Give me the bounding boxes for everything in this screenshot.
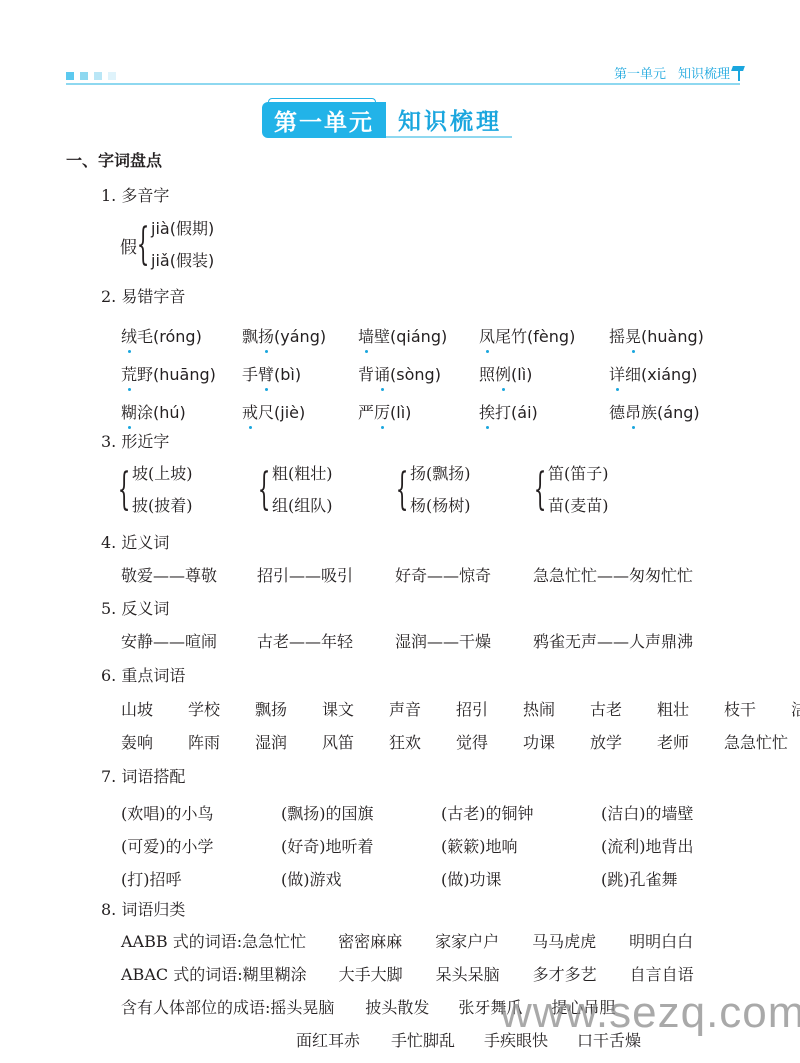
collocation-item: (可爱)的小学 [121,834,281,857]
similar-chars-grid: { 坡(上坡)披(披着) { 粗(粗壮)组(组队) { 扬(飘扬)杨(杨树) {… [118,458,609,522]
key-word: 洁白 [791,697,800,720]
pronunciation-item: 绒毛(róng) [121,324,242,347]
header-rule [66,83,740,85]
classified-word: 面红耳赤 [296,1028,391,1051]
similar-chars-group: { 坡(上坡)披(披着) [118,458,258,522]
antonym-pair: 湿润——干燥 [395,629,533,652]
page-title-label: 知识梳理 [386,102,512,138]
page-title-banner: 第一单元 知识梳理 [262,102,512,138]
reading-1: jià(假期) [151,213,214,245]
word-char: 诵 [374,362,390,385]
word-char: 晃 [625,324,641,347]
antonym-pair: 安静——喧闹 [121,629,257,652]
similar-char-item: 粗(粗壮) [272,458,333,490]
abac-row: ABAC 式的词语: 糊里糊涂大手大脚呆头呆脑多才多艺自言自语 [121,962,727,985]
similar-chars-group: { 笛(笛子)苗(麦苗) [534,458,609,522]
word-char: 绒 [121,324,137,347]
running-header: 第一单元 知识梳理 [614,63,744,82]
pronunciation-item: 糊涂(hú) [121,400,242,423]
pronunciation-item: 荒野(huāng) [121,362,242,385]
subsection-title-polyphones: 1. 多音字 [101,183,169,206]
aabb-label: AABB 式的词语: [121,929,242,952]
pronunciation-row: 糊涂(hú)戒尺(jiè)严厉(lì)挨打(ái)德昂族(áng) [121,392,729,430]
key-word: 飘扬 [255,697,322,720]
classified-word: 密密麻麻 [338,929,435,952]
pinyin: (róng) [153,327,202,346]
antonym-pair: 鸦雀无声——人声鼎沸 [533,629,693,652]
word-char: 厉 [374,400,390,423]
classified-word: 手忙脚乱 [391,1028,484,1051]
key-word: 放学 [590,730,657,753]
key-word: 山坡 [121,697,188,720]
pinyin: (ái) [511,403,538,422]
word-char: 手 [242,362,258,385]
synonyms-row: 敬爱——尊敬 招引——吸引 好奇——惊奇 急急忙忙——匆匆忙忙 [121,563,693,586]
collocation-item: (做)游戏 [281,867,441,890]
pinyin: (sòng) [390,365,441,384]
classified-word: 多才多艺 [533,962,630,985]
key-word: 热闹 [523,697,590,720]
square-4 [108,72,116,80]
reading-2: jiǎ(假装) [151,245,214,277]
pronunciation-item: 详细(xiáng) [609,362,729,385]
word-char: 竹 [511,324,527,347]
similar-char-item: 扬(飘扬) [410,458,471,490]
key-word: 风笛 [322,730,389,753]
collocations-grid: (欢唱)的小鸟(飘扬)的国旗(古老)的铜钟(洁白)的墙壁(可爱)的小学(好奇)地… [121,796,761,895]
collocation-row: (欢唱)的小鸟(飘扬)的国旗(古老)的铜钟(洁白)的墙壁 [121,796,761,829]
pronunciation-item: 背诵(sòng) [358,362,479,385]
key-word: 急急忙忙 [724,730,791,753]
subsection-title-antonyms: 5. 反义词 [101,596,169,619]
synonym-pair: 好奇——惊奇 [395,563,533,586]
pinyin: (áng) [657,403,700,422]
subsection-title-pronunciation: 2. 易错字音 [101,284,185,307]
word-char: 严 [358,400,374,423]
word-char: 详 [609,362,625,385]
collocation-item: (流利)地背出 [601,834,761,857]
word-char: 扬 [258,324,274,347]
word-char: 墙 [358,324,374,347]
word-char: 臂 [258,362,274,385]
classified-word: 明明白白 [629,929,726,952]
abac-label: ABAC 式的词语: [121,962,243,985]
word-char: 尺 [258,400,274,423]
classified-word: 家家户户 [435,929,532,952]
similar-char-item: 笛(笛子) [548,458,609,490]
pronunciation-item: 戒尺(jiè) [242,400,358,423]
word-char: 糊 [121,400,137,423]
running-header-unit: 第一单元 [614,63,666,82]
pinyin: (xiáng) [641,365,698,384]
pronunciation-item: 挨打(ái) [479,400,609,423]
pinyin: (jiè) [274,403,305,422]
key-word: 阵雨 [188,730,255,753]
section-heading: 一、字词盘点 [66,148,162,171]
word-char: 挨 [479,400,495,423]
pinyin: (lì) [390,403,411,422]
polyphone-char: 假 [120,233,137,258]
classified-word: 马马虎虎 [532,929,629,952]
similar-chars-group: { 扬(飘扬)杨(杨树) [396,458,534,522]
word-char: 照 [479,362,495,385]
key-word: 觉得 [456,730,523,753]
word-char: 壁 [374,324,390,347]
classified-word: 自言自语 [630,962,727,985]
subsection-title-key-words: 6. 重点词语 [101,663,185,686]
subsection-title-similar-chars: 3. 形近字 [101,429,169,452]
collocation-item: (洁白)的墙壁 [601,801,761,824]
collocation-item: (古老)的铜钟 [441,801,601,824]
watermark: www.sezq.com [500,988,800,1038]
word-char: 打 [495,400,511,423]
pinyin: (bì) [274,365,301,384]
page-title-unit: 第一单元 [262,102,386,138]
word-char: 荒 [121,362,137,385]
pronunciation-grid: 绒毛(róng)飘扬(yáng)墙壁(qiáng)凤尾竹(fèng)摇晃(huà… [121,316,729,430]
pronunciation-item: 手臂(bì) [242,362,358,385]
pinyin: (huàng) [641,327,704,346]
polyphone-group: 假 { jià(假期) jiǎ(假装) [120,213,214,277]
key-word: 狂欢 [389,730,456,753]
collocation-item: (欢唱)的小鸟 [121,801,281,824]
collocation-item: (打)招呼 [121,867,281,890]
key-word: 粗壮 [657,697,724,720]
collocation-row: (可爱)的小学(好奇)地听着(簌簌)地响(流利)地背出 [121,829,761,862]
pronunciation-item: 飘扬(yáng) [242,324,358,347]
classified-word: 摇头晃脑 [270,995,365,1018]
pinyin: (huāng) [153,365,216,384]
antonym-pair: 古老——年轻 [257,629,395,652]
classified-word: 披头散发 [365,995,458,1018]
key-word: 轰响 [121,730,188,753]
word-char: 飘 [242,324,258,347]
aabb-row: AABB 式的词语: 急急忙忙密密麻麻家家户户马马虎虎明明白白 [121,929,726,952]
word-char: 背 [358,362,374,385]
running-header-label: 知识梳理 [678,63,730,82]
subsection-title-collocations: 7. 词语搭配 [101,764,185,787]
similar-char-item: 组(组队) [272,490,333,522]
pronunciation-item: 摇晃(huàng) [609,324,729,347]
subsection-title-synonyms: 4. 近义词 [101,530,169,553]
word-char: 昂 [625,400,641,423]
brace-icon: { [534,468,547,512]
subsection-title-classification: 8. 词语归类 [101,897,185,920]
header-decoration-squares [66,72,116,80]
synonym-pair: 急急忙忙——匆匆忙忙 [533,563,693,586]
collocation-item: (跳)孔雀舞 [601,867,761,890]
similar-char-item: 苗(麦苗) [548,490,609,522]
pronunciation-item: 凤尾竹(fèng) [479,324,609,347]
word-char: 摇 [609,324,625,347]
pinyin: (fèng) [527,327,575,346]
brace-icon: { [137,223,150,267]
pinyin: (lì) [511,365,532,384]
classified-word: 呆头呆脑 [436,962,533,985]
brace-icon: { [118,468,131,512]
square-1 [66,72,74,80]
pronunciation-item: 德昂族(áng) [609,400,729,423]
pronunciation-item: 照例(lì) [479,362,609,385]
pinyin: (qiáng) [390,327,447,346]
pronunciation-item: 严厉(lì) [358,400,479,423]
key-word: 老师 [657,730,724,753]
collocation-item: (簌簌)地响 [441,834,601,857]
key-word: 课文 [322,697,389,720]
classified-word: 急急忙忙 [242,929,338,952]
classified-word: 糊里糊涂 [243,962,339,985]
word-char: 涂 [137,400,153,423]
key-word: 古老 [590,697,657,720]
key-words-row-2: 轰响阵雨湿润风笛狂欢觉得功课放学老师急急忙忙 [121,730,791,753]
antonyms-row: 安静——喧闹 古老——年轻 湿润——干燥 鸦雀无声——人声鼎沸 [121,629,693,652]
word-char: 毛 [137,324,153,347]
key-word: 枝干 [724,697,791,720]
pronunciation-row: 荒野(huāng)手臂(bì)背诵(sòng)照例(lì)详细(xiáng) [121,354,729,392]
word-char: 野 [137,362,153,385]
key-words-row-1: 山坡学校飘扬课文声音招引热闹古老粗壮枝干洁白 [121,697,800,720]
pinyin: (hú) [153,403,186,422]
word-char: 凤 [479,324,495,347]
similar-char-item: 坡(上坡) [132,458,193,490]
collocation-item: (飘扬)的国旗 [281,801,441,824]
key-word: 招引 [456,697,523,720]
word-char: 德 [609,400,625,423]
word-char: 族 [641,400,657,423]
collocation-row: (打)招呼(做)游戏(做)功课(跳)孔雀舞 [121,862,761,895]
similar-char-item: 杨(杨树) [410,490,471,522]
similar-char-item: 披(披着) [132,490,193,522]
square-3 [94,72,102,80]
pinyin: (yáng) [274,327,326,346]
body-idioms-label: 含有人体部位的成语: [121,995,270,1018]
word-char: 例 [495,362,511,385]
synonym-pair: 敬爱——尊敬 [121,563,257,586]
collocation-item: (做)功课 [441,867,601,890]
key-word: 功课 [523,730,590,753]
pronunciation-row: 绒毛(róng)飘扬(yáng)墙壁(qiáng)凤尾竹(fèng)摇晃(huà… [121,316,729,354]
pronunciation-item: 墙壁(qiáng) [358,324,479,347]
synonym-pair: 招引——吸引 [257,563,395,586]
square-2 [80,72,88,80]
key-word: 学校 [188,697,255,720]
key-word: 声音 [389,697,456,720]
classified-word: 大手大脚 [339,962,436,985]
brace-icon: { [258,468,271,512]
graduation-cap-icon [732,65,744,81]
word-char: 细 [625,362,641,385]
similar-chars-group: { 粗(粗壮)组(组队) [258,458,396,522]
collocation-item: (好奇)地听着 [281,834,441,857]
word-char: 戒 [242,400,258,423]
word-char: 尾 [495,324,511,347]
key-word: 湿润 [255,730,322,753]
brace-icon: { [396,468,409,512]
